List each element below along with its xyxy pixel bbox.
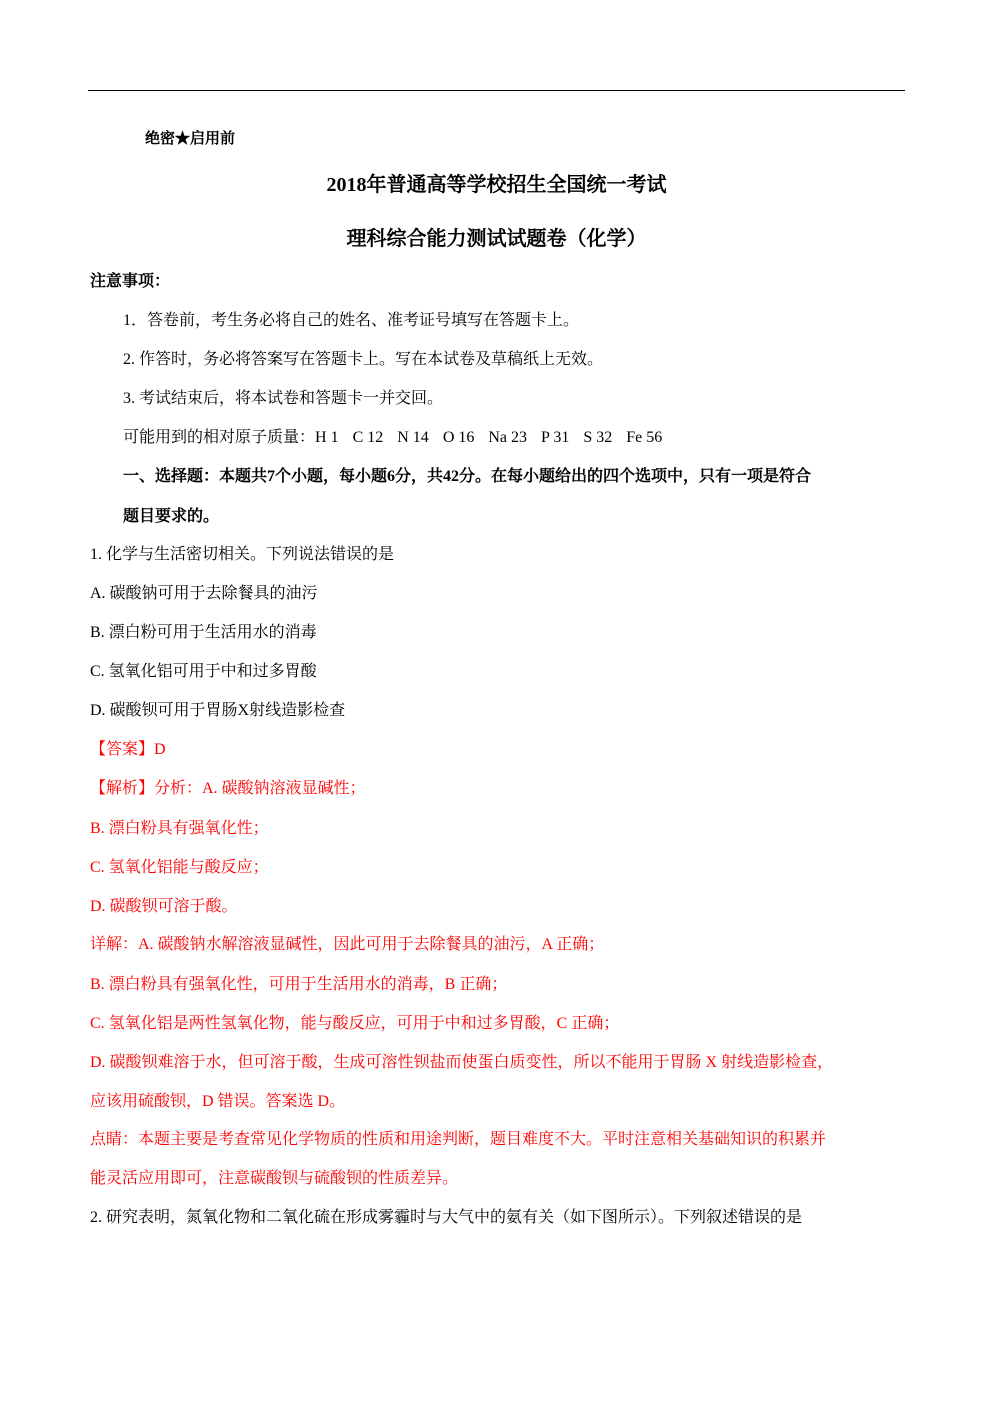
question1-detail-d-cont: 应该用硫酸钡，D 错误。答案选 D。 — [90, 1092, 345, 1112]
question1-option-b: B. 漂白粉可用于生活用水的消毒 — [90, 623, 317, 643]
atomic-mass-c: C 12 — [353, 429, 384, 446]
exam-page: 绝密★启用前 2018年普通高等学校招生全国统一考试 理科综合能力测试试题卷（化… — [0, 0, 993, 1404]
question1-detail-d: D. 碳酸钡难溶于水，但可溶于酸，生成可溶性钡盐而使蛋白质变性，所以不能用于胃肠… — [90, 1053, 833, 1073]
atomic-mass-o: O 16 — [443, 429, 475, 446]
atomic-mass-na: Na 23 — [488, 429, 527, 446]
question1-analysis-2: B. 漂白粉具有强氧化性； — [90, 819, 269, 839]
atomic-mass-p: P 31 — [541, 429, 569, 446]
question1-answer: 【答案】D — [90, 740, 166, 760]
exam-subtitle: 理科综合能力测试试题卷（化学） — [0, 227, 993, 251]
atomic-mass-fe: Fe 56 — [626, 429, 662, 446]
atomic-mass-s: S 32 — [583, 429, 612, 446]
section1-heading-line1: 一、选择题：本题共7个小题，每小题6分，共42分。在每小题给出的四个选项中，只有… — [123, 467, 811, 487]
question1-analysis-3: C. 氢氧化铝能与酸反应； — [90, 858, 269, 878]
question1-comment-1: 点睛：本题主要是考查常见化学物质的性质和用途判断，题目难度不大。平时注意相关基础… — [90, 1130, 826, 1150]
question1-detail-c: C. 氢氧化铝是两性氢氧化物，能与酸反应，可用于中和过多胃酸，C 正确； — [90, 1014, 619, 1034]
notice-item-1: 1．答卷前，考生务必将自己的姓名、准考证号填写在答题卡上。 — [123, 311, 579, 331]
question1-detail-b: B. 漂白粉具有强氧化性，可用于生活用水的消毒，B 正确； — [90, 975, 507, 995]
exam-title: 2018年普通高等学校招生全国统一考试 — [0, 173, 993, 197]
atomic-mass-h: H 1 — [315, 429, 339, 446]
question1-stem: 1. 化学与生活密切相关。下列说法错误的是 — [90, 545, 394, 565]
atomic-mass-n: N 14 — [397, 429, 429, 446]
notice-item-3: 3. 考试结束后，将本试卷和答题卡一并交回。 — [123, 389, 443, 409]
header-rule — [88, 90, 905, 91]
confidential-mark: 绝密★启用前 — [145, 129, 235, 149]
question1-analysis-4: D. 碳酸钡可溶于酸。 — [90, 897, 238, 917]
question1-option-a: A. 碳酸钠可用于去除餐具的油污 — [90, 584, 318, 604]
atomic-mass-line: 可能用到的相对原子质量：H 1C 12N 14O 16Na 23P 31S 32… — [123, 428, 676, 448]
question1-analysis-1: 【解析】分析：A. 碳酸钠溶液显碱性； — [90, 779, 366, 799]
question1-option-d: D. 碳酸钡可用于胃肠X射线造影检查 — [90, 701, 345, 721]
question2-stem: 2. 研究表明，氮氧化物和二氧化硫在形成雾霾时与大气中的氨有关（如下图所示）。下… — [90, 1208, 802, 1228]
notice-heading: 注意事项： — [90, 272, 170, 292]
question1-comment-2: 能灵活应用即可，注意碳酸钡与硫酸钡的性质差异。 — [90, 1169, 458, 1189]
section1-heading-line2: 题目要求的。 — [123, 507, 219, 527]
question1-detail-a: 详解：A. 碳酸钠水解溶液显碱性，因此可用于去除餐具的油污，A 正确； — [90, 935, 604, 955]
atomic-mass-label: 可能用到的相对原子质量： — [123, 429, 315, 446]
notice-item-2: 2. 作答时，务必将答案写在答题卡上。写在本试卷及草稿纸上无效。 — [123, 350, 603, 370]
question1-option-c: C. 氢氧化铝可用于中和过多胃酸 — [90, 662, 317, 682]
